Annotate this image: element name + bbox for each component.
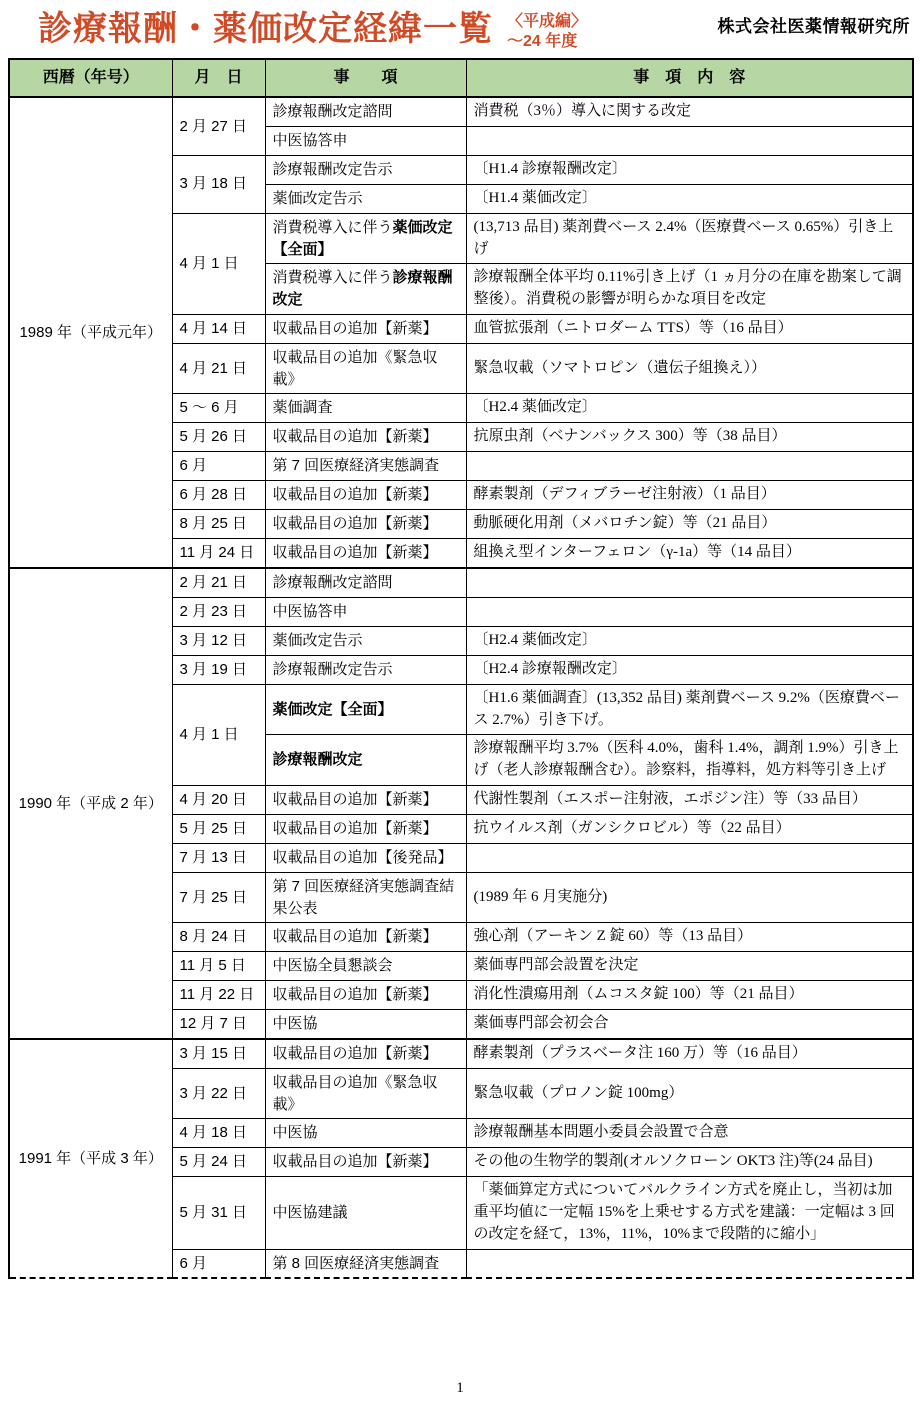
table-row: 1990 年（平成 2 年）2 月 21 日診療報酬改定諮問	[9, 568, 913, 597]
date-cell: 5 ～ 6 月	[172, 394, 265, 423]
item-cell: 診療報酬改定	[265, 735, 466, 786]
date-cell: 2 月 23 日	[172, 597, 265, 626]
detail-cell: 診療報酬全体平均 0.11%引き上げ（1 ヵ月分の在庫を勘案して調整後）。消費税…	[466, 264, 913, 315]
date-cell: 2 月 21 日	[172, 568, 265, 597]
item-bold-text: 診療報酬改定	[273, 269, 453, 308]
item-cell: 薬価調査	[265, 394, 466, 423]
detail-cell: 酵素製剤（デフィブラーゼ注射液）（1 品目）	[466, 481, 913, 510]
date-cell: 3 月 18 日	[172, 155, 265, 213]
detail-cell: 緊急収載（ソマトロピン（遺伝子組換え））	[466, 343, 913, 394]
date-cell: 6 月	[172, 452, 265, 481]
item-cell: 第 8 回医療経済実態調査	[265, 1249, 466, 1278]
detail-cell: 抗原虫剤（ベナンバックス 300）等（38 品目）	[466, 423, 913, 452]
column-header-year: 西暦（年号）	[9, 59, 172, 97]
item-cell: 診療報酬改定諮問	[265, 97, 466, 126]
date-cell: 12 月 7 日	[172, 1010, 265, 1039]
detail-cell: 緊急収載（プロノン錠 100mg）	[466, 1068, 913, 1119]
item-cell: 収載品目の追加【新薬】	[265, 481, 466, 510]
detail-cell: (13,713 品目) 薬剤費ベース 2.4%（医療費ベース 0.65%）引き上…	[466, 213, 913, 264]
year-cell: 1991 年（平成 3 年）	[9, 1039, 172, 1278]
date-cell: 4 月 1 日	[172, 684, 265, 785]
item-cell: 薬価改定告示	[265, 626, 466, 655]
date-cell: 8 月 25 日	[172, 510, 265, 539]
detail-cell	[466, 568, 913, 597]
date-cell: 5 月 26 日	[172, 423, 265, 452]
detail-cell: 〔H2.4 薬価改定〕	[466, 626, 913, 655]
detail-cell: 組換え型インターフェロン（γ-1a）等（14 品目）	[466, 539, 913, 568]
item-cell: 中医協答申	[265, 126, 466, 155]
document-page: 診療報酬・薬価改定経緯一覧 〈平成編〉 ～24 年度 株式会社医薬情報研究所 西…	[0, 0, 920, 1279]
item-cell: 収載品目の追加【新薬】	[265, 539, 466, 568]
detail-cell: 血管拡張剤（ニトロダーム TTS）等（16 品目）	[466, 314, 913, 343]
date-cell: 4 月 21 日	[172, 343, 265, 394]
item-cell: 収載品目の追加【新薬】	[265, 510, 466, 539]
item-cell: 第 7 回医療経済実態調査	[265, 452, 466, 481]
table-row: 1991 年（平成 3 年）3 月 15 日収載品目の追加【新薬】酵素製剤（プラ…	[9, 1039, 913, 1068]
detail-cell: (1989 年 6 月実施分)	[466, 872, 913, 923]
date-cell: 7 月 13 日	[172, 843, 265, 872]
date-cell: 3 月 12 日	[172, 626, 265, 655]
detail-cell: 酵素製剤（プラスベータ注 160 万）等（16 品目）	[466, 1039, 913, 1068]
item-cell: 収載品目の追加【新薬】	[265, 785, 466, 814]
item-cell: 収載品目の追加【新薬】	[265, 981, 466, 1010]
date-cell: 4 月 1 日	[172, 213, 265, 314]
date-cell: 8 月 24 日	[172, 923, 265, 952]
date-cell: 5 月 24 日	[172, 1148, 265, 1177]
item-cell: 中医協	[265, 1010, 466, 1039]
date-cell: 6 月	[172, 1249, 265, 1278]
item-cell: 薬価改定告示	[265, 184, 466, 213]
year-cell: 1989 年（平成元年）	[9, 97, 172, 568]
date-cell: 5 月 31 日	[172, 1177, 265, 1249]
date-cell: 11 月 24 日	[172, 539, 265, 568]
date-cell: 4 月 14 日	[172, 314, 265, 343]
detail-cell: 代謝性製剤（エスポー注射液，エポジン注）等（33 品目）	[466, 785, 913, 814]
date-cell: 5 月 25 日	[172, 814, 265, 843]
detail-cell: 薬価専門部会設置を決定	[466, 952, 913, 981]
detail-cell: 〔H2.4 薬価改定〕	[466, 394, 913, 423]
item-bold-text: 薬価改定【全面】	[273, 219, 453, 258]
item-cell: 消費税導入に伴う薬価改定【全面】	[265, 213, 466, 264]
table-header: 西暦（年号） 月 日 事 項 事 項 内 容	[9, 59, 913, 97]
item-cell: 収載品目の追加【新薬】	[265, 314, 466, 343]
item-bold-text: 薬価改定【全面】	[273, 701, 393, 718]
item-cell: 収載品目の追加【新薬】	[265, 423, 466, 452]
detail-cell: 薬価専門部会初会合	[466, 1010, 913, 1039]
detail-cell: 診療報酬平均 3.7%（医科 4.0%，歯科 1.4%，調剤 1.9%）引き上げ…	[466, 735, 913, 786]
table-body: 1989 年（平成元年）2 月 27 日診療報酬改定諮問消費税（3％）導入に関す…	[9, 97, 913, 1278]
date-cell: 3 月 19 日	[172, 655, 265, 684]
detail-cell: 〔H1.4 薬価改定〕	[466, 184, 913, 213]
date-cell: 2 月 27 日	[172, 97, 265, 155]
document-header: 診療報酬・薬価改定経緯一覧 〈平成編〉 ～24 年度 株式会社医薬情報研究所	[8, 8, 912, 58]
table-header-row: 西暦（年号） 月 日 事 項 事 項 内 容	[9, 59, 913, 97]
company-name: 株式会社医薬情報研究所	[718, 12, 913, 37]
page-number: 1	[0, 1380, 920, 1397]
page-subtitle: 〈平成編〉 ～24 年度	[507, 12, 587, 52]
item-cell: 中医協答申	[265, 597, 466, 626]
item-bold-text: 診療報酬改定	[273, 751, 363, 768]
detail-cell: 〔H2.4 診療報酬改定〕	[466, 655, 913, 684]
item-cell: 収載品目の追加【後発品】	[265, 843, 466, 872]
item-cell: 消費税導入に伴う診療報酬改定	[265, 264, 466, 315]
date-cell: 7 月 25 日	[172, 872, 265, 923]
item-cell: 中医協全員懇談会	[265, 952, 466, 981]
detail-cell	[466, 126, 913, 155]
column-header-item: 事 項	[265, 59, 466, 97]
detail-cell: 強心剤（アーキン Z 錠 60）等（13 品目）	[466, 923, 913, 952]
detail-cell: 動脈硬化用剤（メバロチン錠）等（21 品目）	[466, 510, 913, 539]
item-cell: 収載品目の追加【新薬】	[265, 1148, 466, 1177]
detail-cell: 診療報酬基本問題小委員会設置で合意	[466, 1119, 913, 1148]
year-cell: 1990 年（平成 2 年）	[9, 568, 172, 1039]
date-cell: 3 月 22 日	[172, 1068, 265, 1119]
date-cell: 11 月 5 日	[172, 952, 265, 981]
item-cell: 診療報酬改定告示	[265, 155, 466, 184]
item-cell: 診療報酬改定告示	[265, 655, 466, 684]
detail-cell	[466, 597, 913, 626]
detail-cell: 「薬価算定方式についてバルクライン方式を廃止し，当初は加重平均値に一定幅 15%…	[466, 1177, 913, 1249]
date-cell: 3 月 15 日	[172, 1039, 265, 1068]
item-cell: 収載品目の追加《緊急収載》	[265, 1068, 466, 1119]
date-cell: 4 月 20 日	[172, 785, 265, 814]
revision-history-table: 西暦（年号） 月 日 事 項 事 項 内 容 1989 年（平成元年）2 月 2…	[8, 58, 914, 1279]
item-cell: 中医協建議	[265, 1177, 466, 1249]
detail-cell: 抗ウイルス剤（ガンシクロビル）等（22 品目）	[466, 814, 913, 843]
item-cell: 第 7 回医療経済実態調査結果公表	[265, 872, 466, 923]
detail-cell	[466, 452, 913, 481]
detail-cell	[466, 843, 913, 872]
item-cell: 収載品目の追加【新薬】	[265, 923, 466, 952]
page-title: 診療報酬・薬価改定経緯一覧	[38, 10, 493, 49]
detail-cell: 消化性潰瘍用剤（ムコスタ錠 100）等（21 品目）	[466, 981, 913, 1010]
date-cell: 6 月 28 日	[172, 481, 265, 510]
item-cell: 収載品目の追加【新薬】	[265, 1039, 466, 1068]
detail-cell: 消費税（3％）導入に関する改定	[466, 97, 913, 126]
detail-cell	[466, 1249, 913, 1278]
table-row: 1989 年（平成元年）2 月 27 日診療報酬改定諮問消費税（3％）導入に関す…	[9, 97, 913, 126]
detail-cell: 〔H1.6 薬価調査〕(13,352 品目) 薬剤費ベース 9.2%（医療費ベー…	[466, 684, 913, 735]
detail-cell: 〔H1.4 診療報酬改定〕	[466, 155, 913, 184]
column-header-date: 月 日	[172, 59, 265, 97]
item-cell: 中医協	[265, 1119, 466, 1148]
detail-cell: その他の生物学的製剤(オルソクローン OKT3 注)等(24 品目)	[466, 1148, 913, 1177]
item-cell: 薬価改定【全面】	[265, 684, 466, 735]
item-cell: 収載品目の追加《緊急収載》	[265, 343, 466, 394]
item-cell: 収載品目の追加【新薬】	[265, 814, 466, 843]
column-header-detail: 事 項 内 容	[466, 59, 913, 97]
date-cell: 4 月 18 日	[172, 1119, 265, 1148]
item-cell: 診療報酬改定諮問	[265, 568, 466, 597]
date-cell: 11 月 22 日	[172, 981, 265, 1010]
